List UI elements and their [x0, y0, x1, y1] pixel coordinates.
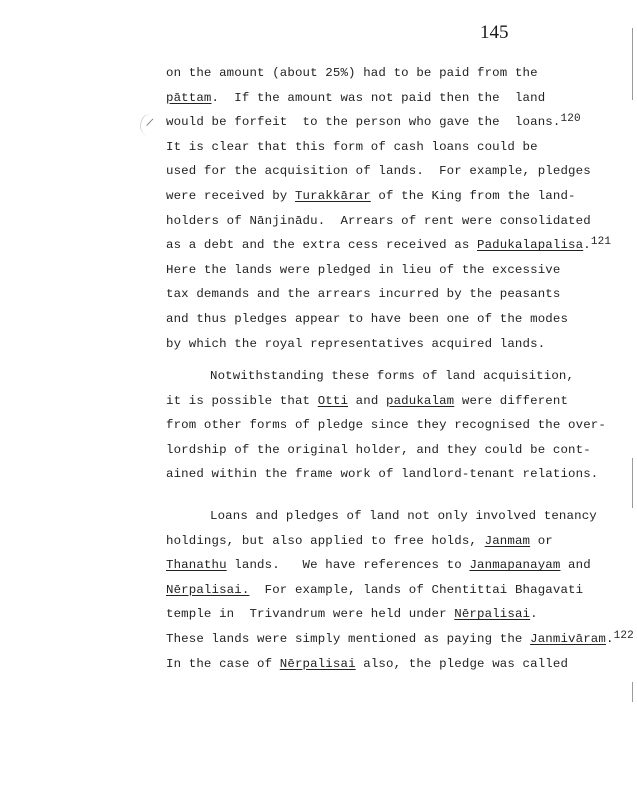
- text-line: were received by Turakkārar of the King …: [166, 188, 576, 204]
- text-run: were received by: [166, 189, 295, 203]
- footnote-ref: 121: [591, 236, 611, 248]
- text-run: Here the lands were pledged in lieu of t…: [166, 263, 560, 277]
- underlined-term: Janmapanayam: [469, 558, 560, 572]
- text-run: lands. We have references to: [227, 558, 470, 572]
- text-run: also, the pledge was called: [356, 657, 568, 671]
- text-line: as a debt and the extra cess received as…: [166, 237, 611, 254]
- text-run: would be forfeit to the person who gave …: [166, 115, 560, 129]
- underlined-term: padukalam: [386, 394, 454, 408]
- text-line: from other forms of pledge since they re…: [166, 417, 606, 433]
- text-run: and: [560, 558, 590, 572]
- underlined-term: Padukalapalisa: [477, 238, 583, 252]
- scan-edge-line: [632, 682, 633, 702]
- text-run: on the amount (about 25%) had to be paid…: [166, 66, 538, 80]
- text-run: as a debt and the extra cess received as: [166, 238, 477, 252]
- text-line: would be forfeit to the person who gave …: [166, 114, 581, 131]
- text-line: pāttam. If the amount was not paid then …: [166, 90, 545, 106]
- text-run: ained within the frame work of landlord-…: [166, 467, 598, 481]
- text-run: Loans and pledges of land not only invol…: [210, 509, 597, 523]
- text-run: used for the acquisition of lands. For e…: [166, 164, 591, 178]
- text-run: holders of Nānjinādu. Arrears of rent we…: [166, 214, 591, 228]
- underlined-term: Thanathu: [166, 558, 227, 572]
- text-run: . If the amount was not paid then the la…: [212, 91, 546, 105]
- text-run: it is possible that: [166, 394, 318, 408]
- underlined-term: Nērpalisai: [280, 657, 356, 671]
- text-run: .: [606, 632, 614, 646]
- text-line: Notwithstanding these forms of land acqu…: [210, 368, 574, 384]
- page-number: 145: [480, 22, 509, 44]
- text-run: .: [583, 238, 591, 252]
- text-line: Here the lands were pledged in lieu of t…: [166, 262, 560, 278]
- text-line: used for the acquisition of lands. For e…: [166, 163, 591, 179]
- text-line: by which the royal representatives acqui…: [166, 336, 545, 352]
- underlined-term: Janmam: [485, 534, 531, 548]
- underlined-term: Janmivāram: [530, 632, 606, 646]
- underlined-term: Otti: [318, 394, 348, 408]
- text-run: and thus pledges appear to have been one…: [166, 312, 568, 326]
- text-line: In the case of Nērpalisai also, the pled…: [166, 656, 568, 672]
- footnote-ref: 120: [560, 113, 580, 125]
- text-line: lordship of the original holder, and the…: [166, 442, 591, 458]
- text-run: of the King from the land-: [371, 189, 576, 203]
- text-run: It is clear that this form of cash loans…: [166, 140, 538, 154]
- text-line: These lands were simply mentioned as pay…: [166, 631, 634, 648]
- text-line: and thus pledges appear to have been one…: [166, 311, 568, 327]
- text-run: In the case of: [166, 657, 280, 671]
- text-line: Thanathu lands. We have references to Ja…: [166, 557, 591, 573]
- underlined-term: Nērpalisai.: [166, 583, 249, 597]
- underlined-term: Nērpalisai: [454, 607, 530, 621]
- text-run: and: [348, 394, 386, 408]
- text-line: holdings, but also applied to free holds…: [166, 533, 553, 549]
- text-run: .: [530, 607, 538, 621]
- text-line: Loans and pledges of land not only invol…: [210, 508, 597, 524]
- underlined-term: pāttam: [166, 91, 212, 105]
- text-run: or: [530, 534, 553, 548]
- text-run: These lands were simply mentioned as pay…: [166, 632, 530, 646]
- text-run: temple in Trivandrum were held under: [166, 607, 454, 621]
- footnote-ref: 122: [614, 630, 634, 642]
- text-line: temple in Trivandrum were held under Nēr…: [166, 606, 538, 622]
- text-run: tax demands and the arrears incurred by …: [166, 287, 560, 301]
- text-line: tax demands and the arrears incurred by …: [166, 286, 560, 302]
- text-run: lordship of the original holder, and the…: [166, 443, 591, 457]
- scan-edge-line: [632, 28, 633, 100]
- text-run: For example, lands of Chentittai Bhagava…: [249, 583, 583, 597]
- scan-edge-line: [632, 458, 633, 508]
- text-line: ained within the frame work of landlord-…: [166, 466, 598, 482]
- text-run: holdings, but also applied to free holds…: [166, 534, 485, 548]
- text-line: holders of Nānjinādu. Arrears of rent we…: [166, 213, 591, 229]
- text-line: It is clear that this form of cash loans…: [166, 139, 538, 155]
- text-line: on the amount (about 25%) had to be paid…: [166, 65, 538, 81]
- text-line: Nērpalisai. For example, lands of Chenti…: [166, 582, 583, 598]
- text-line: it is possible that Otti and padukalam w…: [166, 393, 568, 409]
- text-run: Notwithstanding these forms of land acqu…: [210, 369, 574, 383]
- text-run: by which the royal representatives acqui…: [166, 337, 545, 351]
- text-run: were different: [454, 394, 568, 408]
- text-run: from other forms of pledge since they re…: [166, 418, 606, 432]
- underlined-term: Turakkārar: [295, 189, 371, 203]
